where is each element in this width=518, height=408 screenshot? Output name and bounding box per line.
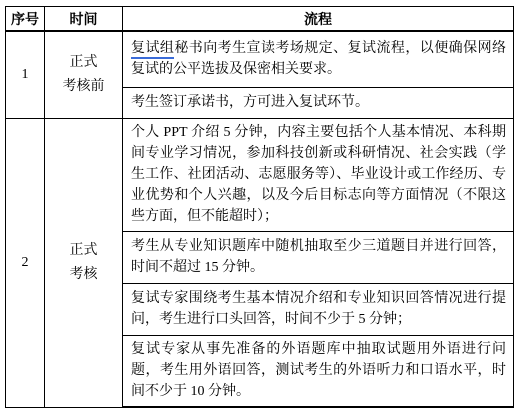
table-row: 1 正式 考核前 复试组秘书向考生宣读考场规定、复试流程，以便确保网络复试的公平… [6,31,514,88]
row1-time-line1: 正式 [45,51,122,75]
col-header-process: 流程 [123,7,514,32]
row2-number: 2 [6,119,45,363]
row1-time-line2: 考核前 [45,75,122,99]
row2-time: 正式 考核 [45,119,123,363]
row1-time: 正式 考核前 [45,31,123,119]
row1-step1-text: 秘书向考生宣读考场规定、复试流程，以便确保网络复试的公平选拔及保密相关要求。 [131,41,506,77]
table-row: 2 正式 考核 个人 PPT 介绍 5 分钟，内容主要包括个人基本情况、本科期间… [6,119,514,232]
row2-step3: 复试专家围绕考生基本情况介绍和专业知识回答情况进行提问，考生进行口头回答，时间不… [123,284,514,336]
row1-step2: 考生签订承诺书，方可进入复试环节。 [123,88,514,119]
row1-number: 1 [6,31,45,119]
header-row: 序号 时间 流程 [6,7,514,32]
row2-time-line2: 考核 [45,263,122,287]
interview-process-table: 序号 时间 流程 1 正式 考核前 复试组秘书向考生宣读考场规定、复试流程，以便… [5,6,514,362]
row2-time-line1: 正式 [45,239,122,263]
col-header-number: 序号 [6,7,45,32]
row2-step4: 复试专家从事先准备的外语题库中抽取试题用外语进行问题，考生用外语回答，测试考生的… [123,336,514,363]
row1-step1: 复试组秘书向考生宣读考场规定、复试流程，以便确保网络复试的公平选拔及保密相关要求… [123,31,514,88]
col-header-time: 时间 [45,7,123,32]
review-group-underlined-term[interactable]: 复试组 [131,41,174,59]
row2-step2: 考生从专业知识题库中随机抽取至少三道题目并进行回答，时间不超过 15 分钟。 [123,232,514,284]
row2-step1: 个人 PPT 介绍 5 分钟，内容主要包括个人基本情况、本科期间专业学习情况，参… [123,119,514,232]
